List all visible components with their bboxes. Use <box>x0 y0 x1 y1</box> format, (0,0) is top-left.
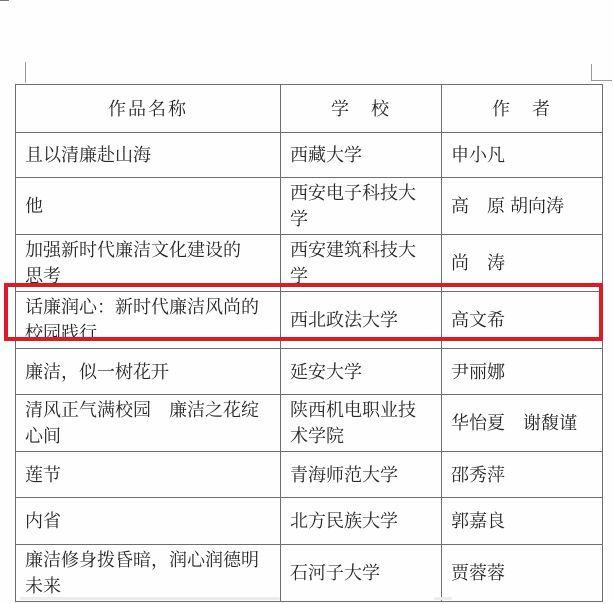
margin-mark-left <box>25 62 26 83</box>
work-cell: 且以清廉赴山海 <box>16 133 281 178</box>
margin-mark-right <box>591 64 592 80</box>
scan-artifact <box>434 597 452 600</box>
awards-table: 作品名称 学 校 作 者 且以清廉赴山海 西藏大学 申小凡 他 西安电子科技大 … <box>15 84 603 602</box>
header-school: 学 校 <box>281 85 442 133</box>
author-cell: 贾蓉蓉 <box>442 545 603 602</box>
header-work-title: 作品名称 <box>16 85 281 133</box>
awards-table-wrap: 作品名称 学 校 作 者 且以清廉赴山海 西藏大学 申小凡 他 西安电子科技大 … <box>15 84 603 602</box>
school-cell: 北方民族大学 <box>281 498 442 545</box>
school-cell: 陕西机电职业技 术学院 <box>281 395 442 452</box>
school-cell: 西藏大学 <box>281 133 442 178</box>
school-cell: 西安建筑科技大 学 <box>281 235 442 292</box>
author-cell: 申小凡 <box>442 133 603 178</box>
author-cell: 华怡夏 谢馥谨 <box>442 395 603 452</box>
table-row: 他 西安电子科技大 学 高 原 胡向涛 <box>16 178 603 235</box>
table-row-highlighted: 话廉润心：新时代廉洁风尚的 校园践行 西北政法大学 高文希 <box>16 292 603 349</box>
school-cell: 西安电子科技大 学 <box>281 178 442 235</box>
author-cell: 郭嘉良 <box>442 498 603 545</box>
header-row: 作品名称 学 校 作 者 <box>16 85 603 133</box>
table-row: 加强新时代廉洁文化建设的 思考 西安建筑科技大 学 尚 涛 <box>16 235 603 292</box>
margin-mark-right-horizontal <box>591 80 612 81</box>
work-cell: 莲节 <box>16 452 281 498</box>
work-cell: 廉洁修身拨昏暗，润心润德明 未来 <box>16 545 281 602</box>
author-cell: 高 原 胡向涛 <box>442 178 603 235</box>
header-author: 作 者 <box>442 85 603 133</box>
table-row: 内省 北方民族大学 郭嘉良 <box>16 498 603 545</box>
table-row: 且以清廉赴山海 西藏大学 申小凡 <box>16 133 603 178</box>
work-cell: 加强新时代廉洁文化建设的 思考 <box>16 235 281 292</box>
work-cell: 他 <box>16 178 281 235</box>
table-row: 廉洁修身拨昏暗，润心润德明 未来 石河子大学 贾蓉蓉 <box>16 545 603 602</box>
document-page: 作品名称 学 校 作 者 且以清廉赴山海 西藏大学 申小凡 他 西安电子科技大 … <box>0 0 613 604</box>
table-border-overhang <box>0 0 9 1</box>
author-cell: 尚 涛 <box>442 235 603 292</box>
table-row: 莲节 青海师范大学 邵秀萍 <box>16 452 603 498</box>
author-cell: 高文希 <box>442 292 603 349</box>
work-cell: 话廉润心：新时代廉洁风尚的 校园践行 <box>16 292 281 349</box>
table-row: 廉洁，似一树花开 延安大学 尹丽娜 <box>16 349 603 395</box>
scan-artifact <box>20 597 280 600</box>
school-cell: 西北政法大学 <box>281 292 442 349</box>
school-cell: 延安大学 <box>281 349 442 395</box>
work-cell: 清风正气满校园 廉洁之花绽 心间 <box>16 395 281 452</box>
author-cell: 尹丽娜 <box>442 349 603 395</box>
school-cell: 青海师范大学 <box>281 452 442 498</box>
school-cell: 石河子大学 <box>281 545 442 602</box>
work-cell: 廉洁，似一树花开 <box>16 349 281 395</box>
author-cell: 邵秀萍 <box>442 452 603 498</box>
work-cell: 内省 <box>16 498 281 545</box>
table-row: 清风正气满校园 廉洁之花绽 心间 陕西机电职业技 术学院 华怡夏 谢馥谨 <box>16 395 603 452</box>
